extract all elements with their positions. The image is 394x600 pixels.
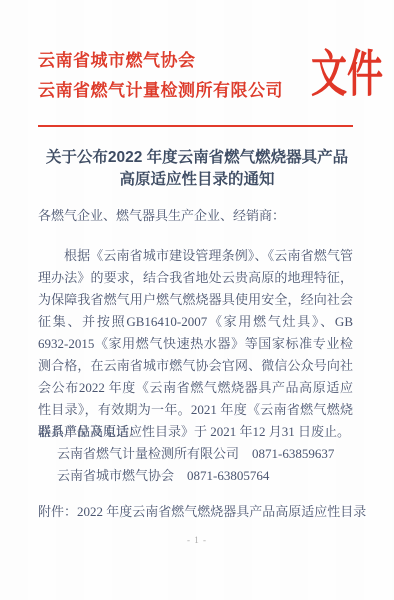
letterhead: 云南省城市燃气协会 云南省燃气计量检测所有限公司 文件 [38, 46, 368, 106]
contact-block: 联系单位及电话： 云南省燃气计量检测所有限公司0871-63859637 云南省… [38, 421, 364, 487]
document-stamp: 文件 [311, 48, 383, 100]
contact-org: 云南省燃气计量检测所有限公司 [57, 446, 239, 461]
contact-heading: 联系单位及电话： [38, 421, 364, 443]
contact-entry: 云南省城市燃气协会0871-63805764 [57, 465, 364, 487]
document-page: 云南省城市燃气协会 云南省燃气计量检测所有限公司 文件 关于公布2022 年度云… [0, 0, 394, 600]
contact-org: 云南省城市燃气协会 [57, 468, 174, 483]
letterhead-org-names: 云南省城市燃气协会 云南省燃气计量检测所有限公司 [38, 46, 283, 106]
contact-phone: 0871-63859637 [252, 446, 334, 461]
salutation: 各燃气企业、燃气器具生产企业、经销商： [38, 205, 354, 224]
letterhead-org-line2: 云南省燃气计量检测所有限公司 [38, 76, 283, 106]
page-number: - 1 - [0, 535, 394, 545]
attachment-line: 附件：2022 年度云南省燃气燃烧器具产品高原适应性目录 [38, 501, 374, 520]
contact-phone: 0871-63805764 [187, 468, 269, 483]
contact-entry: 云南省燃气计量检测所有限公司0871-63859637 [57, 443, 364, 465]
document-title-line2: 高原适应性目录的通知 [20, 169, 374, 191]
letterhead-divider-rule [38, 125, 353, 127]
body-paragraph: 根据《云南省城市建设管理条例》、《云南省燃气管理办法》的要求，结合我省地处云贵高… [38, 245, 353, 443]
document-title-line1: 关于公布2022 年度云南省燃气燃烧器具产品 [20, 147, 374, 169]
document-title: 关于公布2022 年度云南省燃气燃烧器具产品 高原适应性目录的通知 [20, 147, 374, 191]
letterhead-org-line1: 云南省城市燃气协会 [38, 46, 283, 76]
